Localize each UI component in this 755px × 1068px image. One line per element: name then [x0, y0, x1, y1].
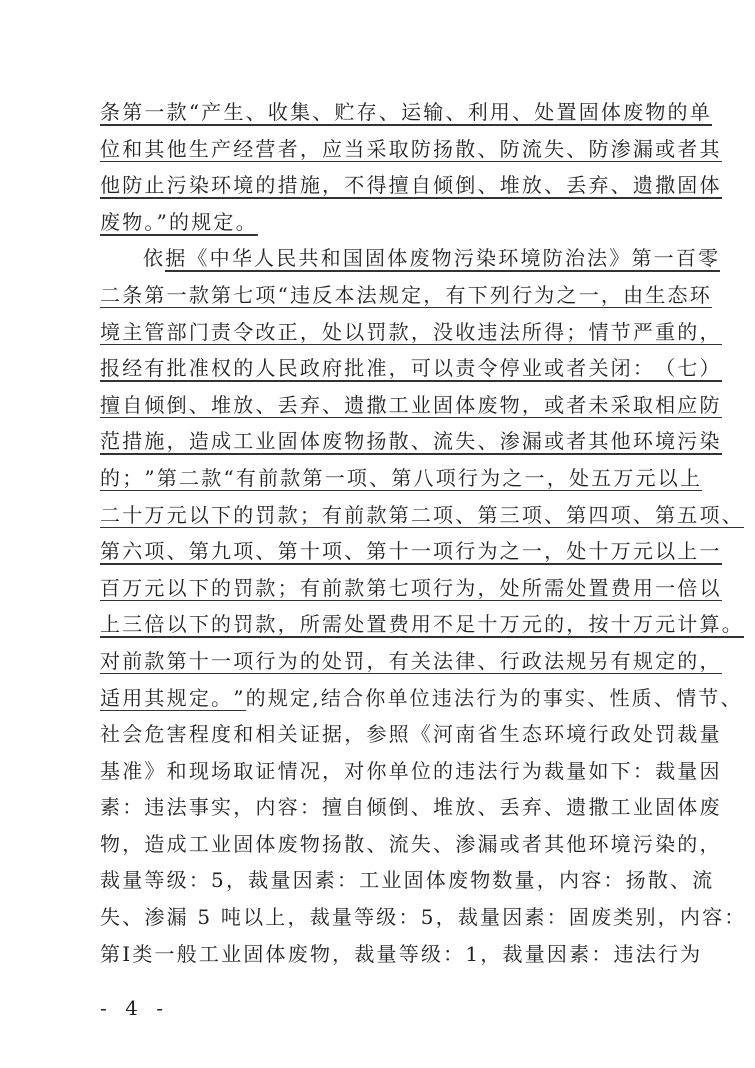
text-glyph: 物: [344, 426, 366, 463]
text-glyph: 染: [189, 170, 211, 207]
text-glyph: ，: [537, 865, 559, 902]
text-glyph: 未: [588, 390, 610, 427]
text-glyph: 流: [389, 829, 411, 866]
text-glyph: 因: [502, 902, 524, 939]
text-glyph: 体: [426, 865, 448, 902]
text-glyph: 项: [144, 536, 166, 573]
text-glyph: ，: [344, 719, 366, 756]
text-glyph: 业: [255, 426, 277, 463]
text-glyph: 的: [211, 609, 233, 646]
text-glyph: 内: [559, 865, 581, 902]
text-glyph: 输: [423, 97, 445, 134]
text-glyph: 人: [254, 243, 276, 280]
text-glyph: ”: [233, 683, 245, 720]
text-glyph: 事: [189, 792, 211, 829]
text-glyph: 下: [468, 280, 490, 317]
text-glyph: 素: [315, 865, 337, 902]
text-glyph: 万: [633, 609, 655, 646]
text-glyph: 、: [255, 536, 277, 573]
text-glyph: 业: [633, 792, 655, 829]
text-glyph: ，: [477, 573, 499, 610]
text-glyph: 七: [677, 353, 699, 390]
text-glyph: 本: [334, 280, 356, 317]
text-glyph: ，: [699, 646, 721, 683]
text-glyph: 以: [433, 353, 455, 390]
text-glyph: 失: [411, 829, 433, 866]
text-glyph: 第: [655, 500, 677, 537]
text-glyph: 人: [255, 353, 277, 390]
text-glyph: ；: [300, 500, 322, 537]
text-glyph: 染: [655, 829, 677, 866]
text-glyph: 第: [100, 939, 122, 976]
text-glyph: 南: [455, 719, 477, 756]
text-glyph: 产: [201, 97, 223, 134]
text-glyph: 贮: [334, 97, 356, 134]
page-number: - 4 -: [100, 996, 169, 1020]
text-glyph: 采: [366, 134, 388, 171]
text-glyph: 堆: [500, 170, 522, 207]
text-glyph: 施: [144, 426, 166, 463]
text-glyph: 物: [500, 390, 522, 427]
text-glyph: 或: [655, 134, 677, 171]
underline-rule: [100, 417, 722, 419]
text-glyph: ，: [423, 280, 445, 317]
text-glyph: 五: [591, 463, 613, 500]
text-glyph: 、: [369, 463, 391, 500]
text-glyph: 为: [522, 756, 544, 793]
text-glyph: 散: [344, 829, 366, 866]
text-glyph: 准: [366, 353, 388, 390]
text-glyph: 用: [490, 97, 512, 134]
text-glyph: 、: [366, 829, 388, 866]
text-glyph: “: [278, 280, 290, 317]
text-glyph: 收: [455, 317, 477, 354]
text-glyph: 等: [354, 902, 376, 939]
text-glyph: 项: [347, 463, 369, 500]
text-glyph: 固: [278, 426, 300, 463]
text-glyph: 《: [411, 719, 433, 756]
text-glyph: 定: [401, 280, 423, 317]
text-glyph: 、: [477, 426, 499, 463]
text-glyph: 规: [633, 646, 655, 683]
text-glyph: 上: [680, 463, 702, 500]
text-glyph: 罚: [233, 573, 255, 610]
text-glyph: 二: [100, 500, 122, 537]
text-glyph: 不: [344, 170, 366, 207]
paragraph-1-line-3: 报经有批准权的人民政府批准，可以责令停业或者关闭：（七）: [100, 353, 662, 390]
text-glyph: 、: [255, 390, 277, 427]
text-glyph: 》: [144, 756, 166, 793]
paragraph-0-line-1: 位和其他生产经营者，应当采取防扬散、防流失、防渗漏或者其: [100, 134, 662, 171]
text-glyph: 固: [233, 829, 255, 866]
text-glyph: 第: [157, 463, 179, 500]
text-glyph: 行: [476, 683, 498, 720]
text-glyph: 第: [144, 280, 166, 317]
text-glyph: 足: [455, 609, 477, 646]
text-glyph: ，: [167, 426, 189, 463]
paragraph-1-line-2: 境主管部门责令改正，处以罚款，没收违法所得；情节严重的，: [100, 317, 662, 354]
text-glyph: 或: [500, 829, 522, 866]
text-glyph: 、: [189, 390, 211, 427]
text-glyph: 置: [588, 573, 610, 610]
text-glyph: 者: [278, 134, 300, 171]
text-glyph: 需: [322, 609, 344, 646]
text-glyph: 规: [566, 646, 588, 683]
text-glyph: 的: [233, 500, 255, 537]
text-glyph: 废: [409, 243, 431, 280]
text-glyph: 裁: [544, 756, 566, 793]
text-glyph: ，: [233, 792, 255, 829]
text-glyph: ：: [300, 792, 322, 829]
text-glyph: 节: [698, 683, 720, 720]
text-glyph: 万: [613, 463, 635, 500]
text-glyph: 置: [557, 97, 579, 134]
text-glyph: 九: [211, 536, 233, 573]
text-glyph: 法: [636, 939, 658, 976]
text-glyph: 扬: [433, 134, 455, 171]
paragraph-1-line-4: 擅自倾倒、堆放、丢弃、遗撒工业固体废物，或者未采取相应防: [100, 390, 662, 427]
text-glyph: 物: [310, 939, 332, 976]
text-glyph: 生: [645, 280, 667, 317]
text-glyph: 处: [344, 609, 366, 646]
text-glyph: 施: [300, 170, 322, 207]
text-glyph: 量: [525, 939, 547, 976]
text-glyph: 倒: [389, 792, 411, 829]
text-glyph: 计: [677, 609, 699, 646]
text-glyph: 体: [387, 243, 409, 280]
text-glyph: 部: [167, 317, 189, 354]
text-glyph: 据: [165, 243, 187, 280]
text-glyph: ，: [300, 134, 322, 171]
text-glyph: 上: [677, 536, 699, 573]
text-glyph: 、: [566, 134, 588, 171]
text-glyph: 结: [321, 683, 343, 720]
text-glyph: 素: [569, 939, 591, 976]
text-glyph: 工: [359, 865, 381, 902]
text-glyph: 会: [122, 719, 144, 756]
text-glyph: 态: [522, 719, 544, 756]
text-glyph: 元: [144, 573, 166, 610]
text-glyph: 法: [544, 646, 566, 683]
text-glyph: 流: [692, 865, 714, 902]
text-glyph: 十: [611, 609, 633, 646]
text-glyph: 情: [676, 683, 698, 720]
text-glyph: 处: [569, 463, 591, 500]
text-glyph: 前: [122, 646, 144, 683]
text-glyph: 危: [144, 719, 166, 756]
text-glyph: 、: [633, 500, 655, 537]
text-glyph: 为: [680, 939, 702, 976]
text-glyph: ，: [566, 609, 588, 646]
text-glyph: 款: [344, 573, 366, 610]
text-glyph: 5: [197, 902, 212, 939]
text-glyph: 质: [632, 683, 654, 720]
text-glyph: 第: [167, 646, 189, 683]
text-glyph: 之: [500, 536, 522, 573]
text-glyph: 的: [677, 829, 699, 866]
text-glyph: ，: [544, 536, 566, 573]
paragraph-1-line-15: 素：违法事实，内容：擅自倾倒、堆放、丢弃、遗撒工业固体废: [100, 792, 662, 829]
text-glyph: 境: [566, 719, 588, 756]
text-glyph: 裁: [677, 719, 699, 756]
text-glyph: 自: [344, 792, 366, 829]
text-glyph: 准: [189, 353, 211, 390]
underline-rule: [100, 344, 722, 346]
text-glyph: 有: [300, 573, 322, 610]
text-glyph: 规: [379, 280, 401, 317]
text-glyph: 裁: [458, 902, 480, 939]
text-glyph: 证: [300, 719, 322, 756]
text-glyph: 一: [325, 463, 347, 500]
text-glyph: 为: [278, 646, 300, 683]
text-glyph: ”: [144, 463, 156, 500]
text-glyph: 物: [300, 829, 322, 866]
text-glyph: 共: [298, 243, 320, 280]
text-glyph: 放: [455, 792, 477, 829]
text-glyph: 相: [255, 719, 277, 756]
text-glyph: 你: [366, 756, 388, 793]
text-glyph: 染: [699, 426, 721, 463]
text-glyph: 行: [588, 719, 610, 756]
text-glyph: 倍: [677, 573, 699, 610]
paragraph-1-line-16: 物，造成工业固体废物扬散、流失、渗漏或者其他环境污染的，: [100, 829, 662, 866]
text-glyph: 级: [167, 865, 189, 902]
text-glyph: 一: [525, 463, 547, 500]
text-glyph: 国: [343, 243, 365, 280]
text-glyph: 体: [255, 829, 277, 866]
text-glyph: 渗: [500, 426, 522, 463]
text-glyph: 有: [611, 646, 633, 683]
text-glyph: 费: [389, 609, 411, 646]
text-glyph: 一: [167, 280, 189, 317]
text-glyph: 七: [233, 280, 255, 317]
text-glyph: 列: [490, 280, 512, 317]
text-glyph: 令: [233, 317, 255, 354]
text-glyph: 以: [344, 317, 366, 354]
text-glyph: 物: [100, 829, 122, 866]
text-glyph: 渗: [144, 902, 166, 939]
text-glyph: ：: [633, 353, 655, 390]
text-glyph: 存: [357, 97, 379, 134]
text-glyph: 令: [477, 353, 499, 390]
text-glyph: 百: [100, 573, 122, 610]
text-glyph: 有: [445, 280, 467, 317]
text-glyph: 二: [100, 280, 122, 317]
text-glyph: 现: [189, 756, 211, 793]
text-glyph: 单: [690, 97, 712, 134]
text-glyph: ，: [122, 829, 144, 866]
text-glyph: 、: [477, 134, 499, 171]
text-glyph: 款: [144, 646, 166, 683]
text-glyph: 重: [655, 317, 677, 354]
paragraph-1-line-17: 裁量等级：5，裁量因素：工业固体废物数量，内容：扬散、流: [100, 865, 662, 902]
text-glyph: 弃: [522, 792, 544, 829]
text-glyph: 按: [588, 609, 610, 646]
text-glyph: 有: [144, 353, 166, 390]
text-glyph: 款: [278, 500, 300, 537]
text-glyph: 境: [655, 426, 677, 463]
paragraph-1-line-18: 失、渗漏 5 吨以上，裁量等级：5，裁量因素：固废类别，内容：: [100, 902, 662, 939]
text-glyph: 性: [609, 683, 631, 720]
text-glyph: 有: [389, 646, 411, 683]
text-glyph: ：: [633, 756, 655, 793]
text-glyph: 处: [322, 317, 344, 354]
text-glyph: 素: [100, 792, 122, 829]
text-glyph: 废: [591, 902, 613, 939]
text-glyph: 他: [167, 134, 189, 171]
text-glyph: 法: [357, 280, 379, 317]
text-glyph: 的: [677, 646, 699, 683]
text-glyph: 华: [232, 243, 254, 280]
text-glyph: 用: [122, 683, 144, 720]
text-glyph: 府: [322, 353, 344, 390]
text-glyph: 量: [332, 902, 354, 939]
text-glyph: 项: [436, 463, 458, 500]
text-glyph: 省: [477, 719, 499, 756]
text-glyph: 项: [322, 536, 344, 573]
text-glyph: 经: [233, 134, 255, 171]
paragraph-1-line-1: 二条第一款第七项“违反本法规定，有下列行为之一，由生态环: [100, 280, 662, 317]
text-glyph: 、: [344, 536, 366, 573]
text-glyph: 漏: [477, 829, 499, 866]
text-glyph: 的: [211, 573, 233, 610]
text-glyph: 固: [579, 97, 601, 134]
text-glyph: 集: [290, 97, 312, 134]
text-glyph: 裁: [655, 756, 677, 793]
text-glyph: 律: [455, 646, 477, 683]
text-glyph: 倾: [366, 792, 388, 829]
text-glyph: 、: [167, 536, 189, 573]
text-glyph: 法: [587, 243, 609, 280]
text-glyph: 为: [455, 573, 477, 610]
text-glyph: 等: [144, 865, 166, 902]
text-glyph: 类: [613, 902, 635, 939]
text-glyph: 前: [344, 500, 366, 537]
text-glyph: 因: [293, 865, 315, 902]
text-glyph: 措: [278, 170, 300, 207]
text-glyph: 元: [655, 609, 677, 646]
text-glyph: 十: [477, 609, 499, 646]
text-glyph: 环: [690, 280, 712, 317]
text-glyph: 违: [477, 317, 499, 354]
text-glyph: 对: [344, 756, 366, 793]
text-glyph: 态: [668, 280, 690, 317]
text-glyph: 权: [211, 353, 233, 390]
paragraph-1-line-6: 的；”第二款“有前款第一项、第八项行为之一，处五万元以上: [100, 463, 662, 500]
text-glyph: 范: [100, 426, 122, 463]
text-glyph: 款: [255, 573, 277, 610]
text-glyph: 照: [389, 719, 411, 756]
text-glyph: 体: [699, 170, 721, 207]
text-glyph: 元: [522, 609, 544, 646]
text-glyph: 批: [167, 353, 189, 390]
underline-rule: [165, 270, 720, 272]
text-glyph: 准: [122, 756, 144, 793]
text-glyph: 工: [199, 939, 221, 976]
text-glyph: 实: [565, 683, 587, 720]
text-glyph: 以: [189, 500, 211, 537]
text-glyph: 扬: [626, 865, 648, 902]
text-glyph: 者: [566, 426, 588, 463]
text-glyph: 内: [255, 792, 277, 829]
text-glyph: 处: [500, 573, 522, 610]
text-glyph: 者: [566, 390, 588, 427]
text-glyph: 裁: [248, 865, 270, 902]
text-glyph: 以: [655, 536, 677, 573]
text-glyph: 防: [588, 134, 610, 171]
text-glyph: 体: [266, 939, 288, 976]
text-glyph: 堆: [211, 390, 233, 427]
text-glyph: 物: [470, 865, 492, 902]
text-glyph: [212, 902, 221, 939]
text-glyph: 的: [246, 683, 268, 720]
text-glyph: 污: [677, 426, 699, 463]
text-glyph: 款: [167, 97, 189, 134]
text-glyph: 他: [566, 829, 588, 866]
text-glyph: 没: [433, 317, 455, 354]
underline-rule: [100, 527, 744, 529]
text-glyph: 十: [588, 536, 610, 573]
text-glyph: 条: [122, 280, 144, 317]
text-glyph: 渗: [455, 829, 477, 866]
text-glyph: 民: [276, 243, 298, 280]
text-glyph: 裁: [100, 865, 122, 902]
text-glyph: 5: [211, 865, 226, 902]
text-glyph: 、: [720, 683, 742, 720]
text-glyph: 遗: [566, 792, 588, 829]
text-glyph: 污: [454, 243, 476, 280]
text-glyph: 关: [588, 353, 610, 390]
text-glyph: 百: [676, 243, 698, 280]
text-glyph: 行: [512, 280, 534, 317]
text-glyph: 、: [411, 426, 433, 463]
text-glyph: 业: [411, 390, 433, 427]
text-glyph: 行: [658, 939, 680, 976]
text-glyph: 有: [236, 463, 258, 500]
paragraph-0-line-0: 条第一款“产生、收集、贮存、运输、利用、处置固体废物的单: [100, 97, 662, 134]
text-glyph: 一: [211, 646, 233, 683]
text-glyph: 体: [300, 426, 322, 463]
text-glyph: 定: [189, 683, 211, 720]
text-glyph: 严: [633, 317, 655, 354]
text-glyph: 防: [122, 170, 144, 207]
underline-rule: [100, 307, 712, 309]
text-glyph: 工: [611, 792, 633, 829]
text-glyph: ；: [122, 463, 144, 500]
text-glyph: 款: [201, 463, 223, 500]
text-glyph: 别: [635, 902, 657, 939]
text-glyph: 法: [477, 756, 499, 793]
text-glyph: 河: [433, 719, 455, 756]
text-glyph: 弃: [588, 170, 610, 207]
text-glyph: 下: [211, 500, 233, 537]
text-glyph: 工: [189, 829, 211, 866]
text-glyph: 单: [389, 756, 411, 793]
text-glyph: 扬: [322, 829, 344, 866]
text-glyph: 》: [609, 243, 631, 280]
text-glyph: 三: [122, 609, 144, 646]
text-glyph: 应: [677, 390, 699, 427]
text-glyph: 的: [255, 170, 277, 207]
text-glyph: 违: [432, 683, 454, 720]
text-glyph: 其: [699, 134, 721, 171]
text-glyph: 固: [655, 792, 677, 829]
text-glyph: 的: [544, 609, 566, 646]
text-glyph: Ⅰ: [122, 939, 132, 976]
text-glyph: 政: [611, 719, 633, 756]
text-glyph: 丢: [278, 390, 300, 427]
text-glyph: 业: [211, 829, 233, 866]
